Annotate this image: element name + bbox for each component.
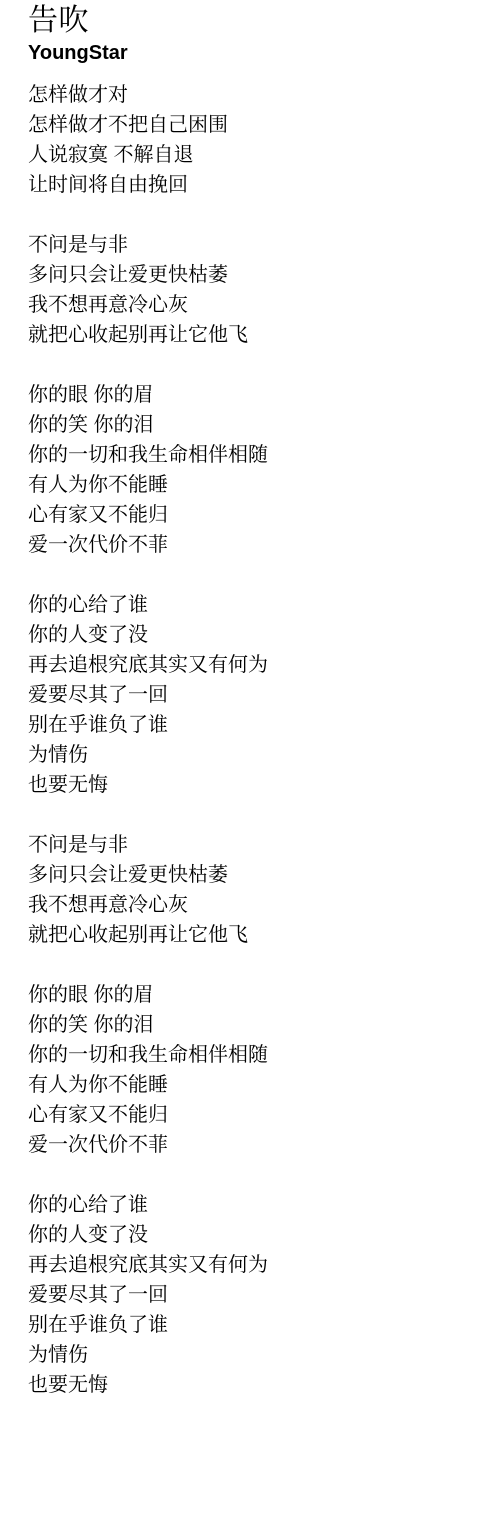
- lyric-line: 再去追根究底其实又有何为: [28, 650, 480, 680]
- stanza-2: 不问是与非 多问只会让爱更快枯萎 我不想再意冷心灰 就把心收起别再让它他飞: [28, 230, 480, 350]
- lyric-line: 有人为你不能睡: [28, 470, 480, 500]
- lyric-line: 心有家又不能归: [28, 1100, 480, 1130]
- lyric-line: 爱要尽其了一回: [28, 680, 480, 710]
- lyric-line: 不问是与非: [28, 230, 480, 260]
- lyric-line: 多问只会让爱更快枯萎: [28, 860, 480, 890]
- stanza-3: 你的眼 你的眉 你的笑 你的泪 你的一切和我生命相伴相随 有人为你不能睡 心有家…: [28, 380, 480, 560]
- lyric-line: 人说寂寞 不解自退: [28, 140, 480, 170]
- lyric-line: 我不想再意冷心灰: [28, 290, 480, 320]
- lyric-line: 心有家又不能归: [28, 500, 480, 530]
- lyric-line: 别在乎谁负了谁: [28, 1310, 480, 1340]
- lyric-line: 再去追根究底其实又有何为: [28, 1250, 480, 1280]
- lyric-line: 爱一次代价不菲: [28, 530, 480, 560]
- stanza-1: 怎样做才对 怎样做才不把自己困围 人说寂寞 不解自退 让时间将自由挽回: [28, 80, 480, 200]
- lyric-line: 你的笑 你的泪: [28, 1010, 480, 1040]
- lyric-line: 你的笑 你的泪: [28, 410, 480, 440]
- lyric-line: 你的人变了没: [28, 1220, 480, 1250]
- lyric-line: 你的人变了没: [28, 620, 480, 650]
- stanza-6: 你的眼 你的眉 你的笑 你的泪 你的一切和我生命相伴相随 有人为你不能睡 心有家…: [28, 980, 480, 1160]
- lyric-line: 怎样做才不把自己困围: [28, 110, 480, 140]
- lyric-line: 爱要尽其了一回: [28, 1280, 480, 1310]
- lyric-line: 你的心给了谁: [28, 590, 480, 620]
- lyric-line: 就把心收起别再让它他飞: [28, 920, 480, 950]
- lyric-line: 不问是与非: [28, 830, 480, 860]
- stanza-5: 不问是与非 多问只会让爱更快枯萎 我不想再意冷心灰 就把心收起别再让它他飞: [28, 830, 480, 950]
- lyric-line: 为情伤: [28, 1340, 480, 1370]
- song-title: 告吹: [28, 0, 480, 42]
- stanza-4: 你的心给了谁 你的人变了没 再去追根究底其实又有何为 爱要尽其了一回 别在乎谁负…: [28, 590, 480, 800]
- lyric-line: 你的心给了谁: [28, 1190, 480, 1220]
- lyric-line: 你的眼 你的眉: [28, 980, 480, 1010]
- lyric-line: 多问只会让爱更快枯萎: [28, 260, 480, 290]
- lyric-line: 我不想再意冷心灰: [28, 890, 480, 920]
- lyric-line: 怎样做才对: [28, 80, 480, 110]
- lyric-line: 爱一次代价不菲: [28, 1130, 480, 1160]
- lyric-line: 也要无悔: [28, 1370, 480, 1400]
- stanza-7: 你的心给了谁 你的人变了没 再去追根究底其实又有何为 爱要尽其了一回 别在乎谁负…: [28, 1190, 480, 1400]
- lyric-line: 为情伤: [28, 740, 480, 770]
- lyric-line: 也要无悔: [28, 770, 480, 800]
- lyric-line: 让时间将自由挽回: [28, 170, 480, 200]
- lyric-line: 你的一切和我生命相伴相随: [28, 440, 480, 470]
- lyrics-page: 告吹 YoungStar 怎样做才对 怎样做才不把自己困围 人说寂寞 不解自退 …: [0, 0, 500, 1540]
- lyric-line: 你的眼 你的眉: [28, 380, 480, 410]
- lyric-line: 有人为你不能睡: [28, 1070, 480, 1100]
- lyric-line: 就把心收起别再让它他飞: [28, 320, 480, 350]
- lyric-line: 别在乎谁负了谁: [28, 710, 480, 740]
- artist-name: YoungStar: [28, 42, 480, 64]
- lyric-line: 你的一切和我生命相伴相随: [28, 1040, 480, 1070]
- lyrics-body: 怎样做才对 怎样做才不把自己困围 人说寂寞 不解自退 让时间将自由挽回 不问是与…: [28, 80, 480, 1400]
